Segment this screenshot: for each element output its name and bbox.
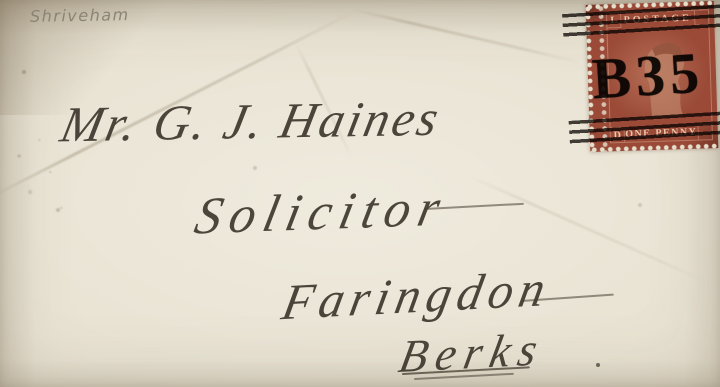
postmark-code: B35 [564, 40, 720, 112]
ink-dot [596, 363, 600, 367]
address-line-name: Mr. G. J. Haines [56, 89, 447, 154]
address-line-town: Faringdon [277, 259, 556, 332]
address-line-occupation: Solicitor [190, 178, 454, 246]
paper-crease [352, 8, 582, 64]
pencil-annotation: Shriveham [30, 5, 130, 26]
envelope-photo: Shriveham Mr. G. J. Haines Solicitor Far… [0, 0, 720, 387]
b35-barred-numeral-postmark: B35 [562, 4, 720, 148]
